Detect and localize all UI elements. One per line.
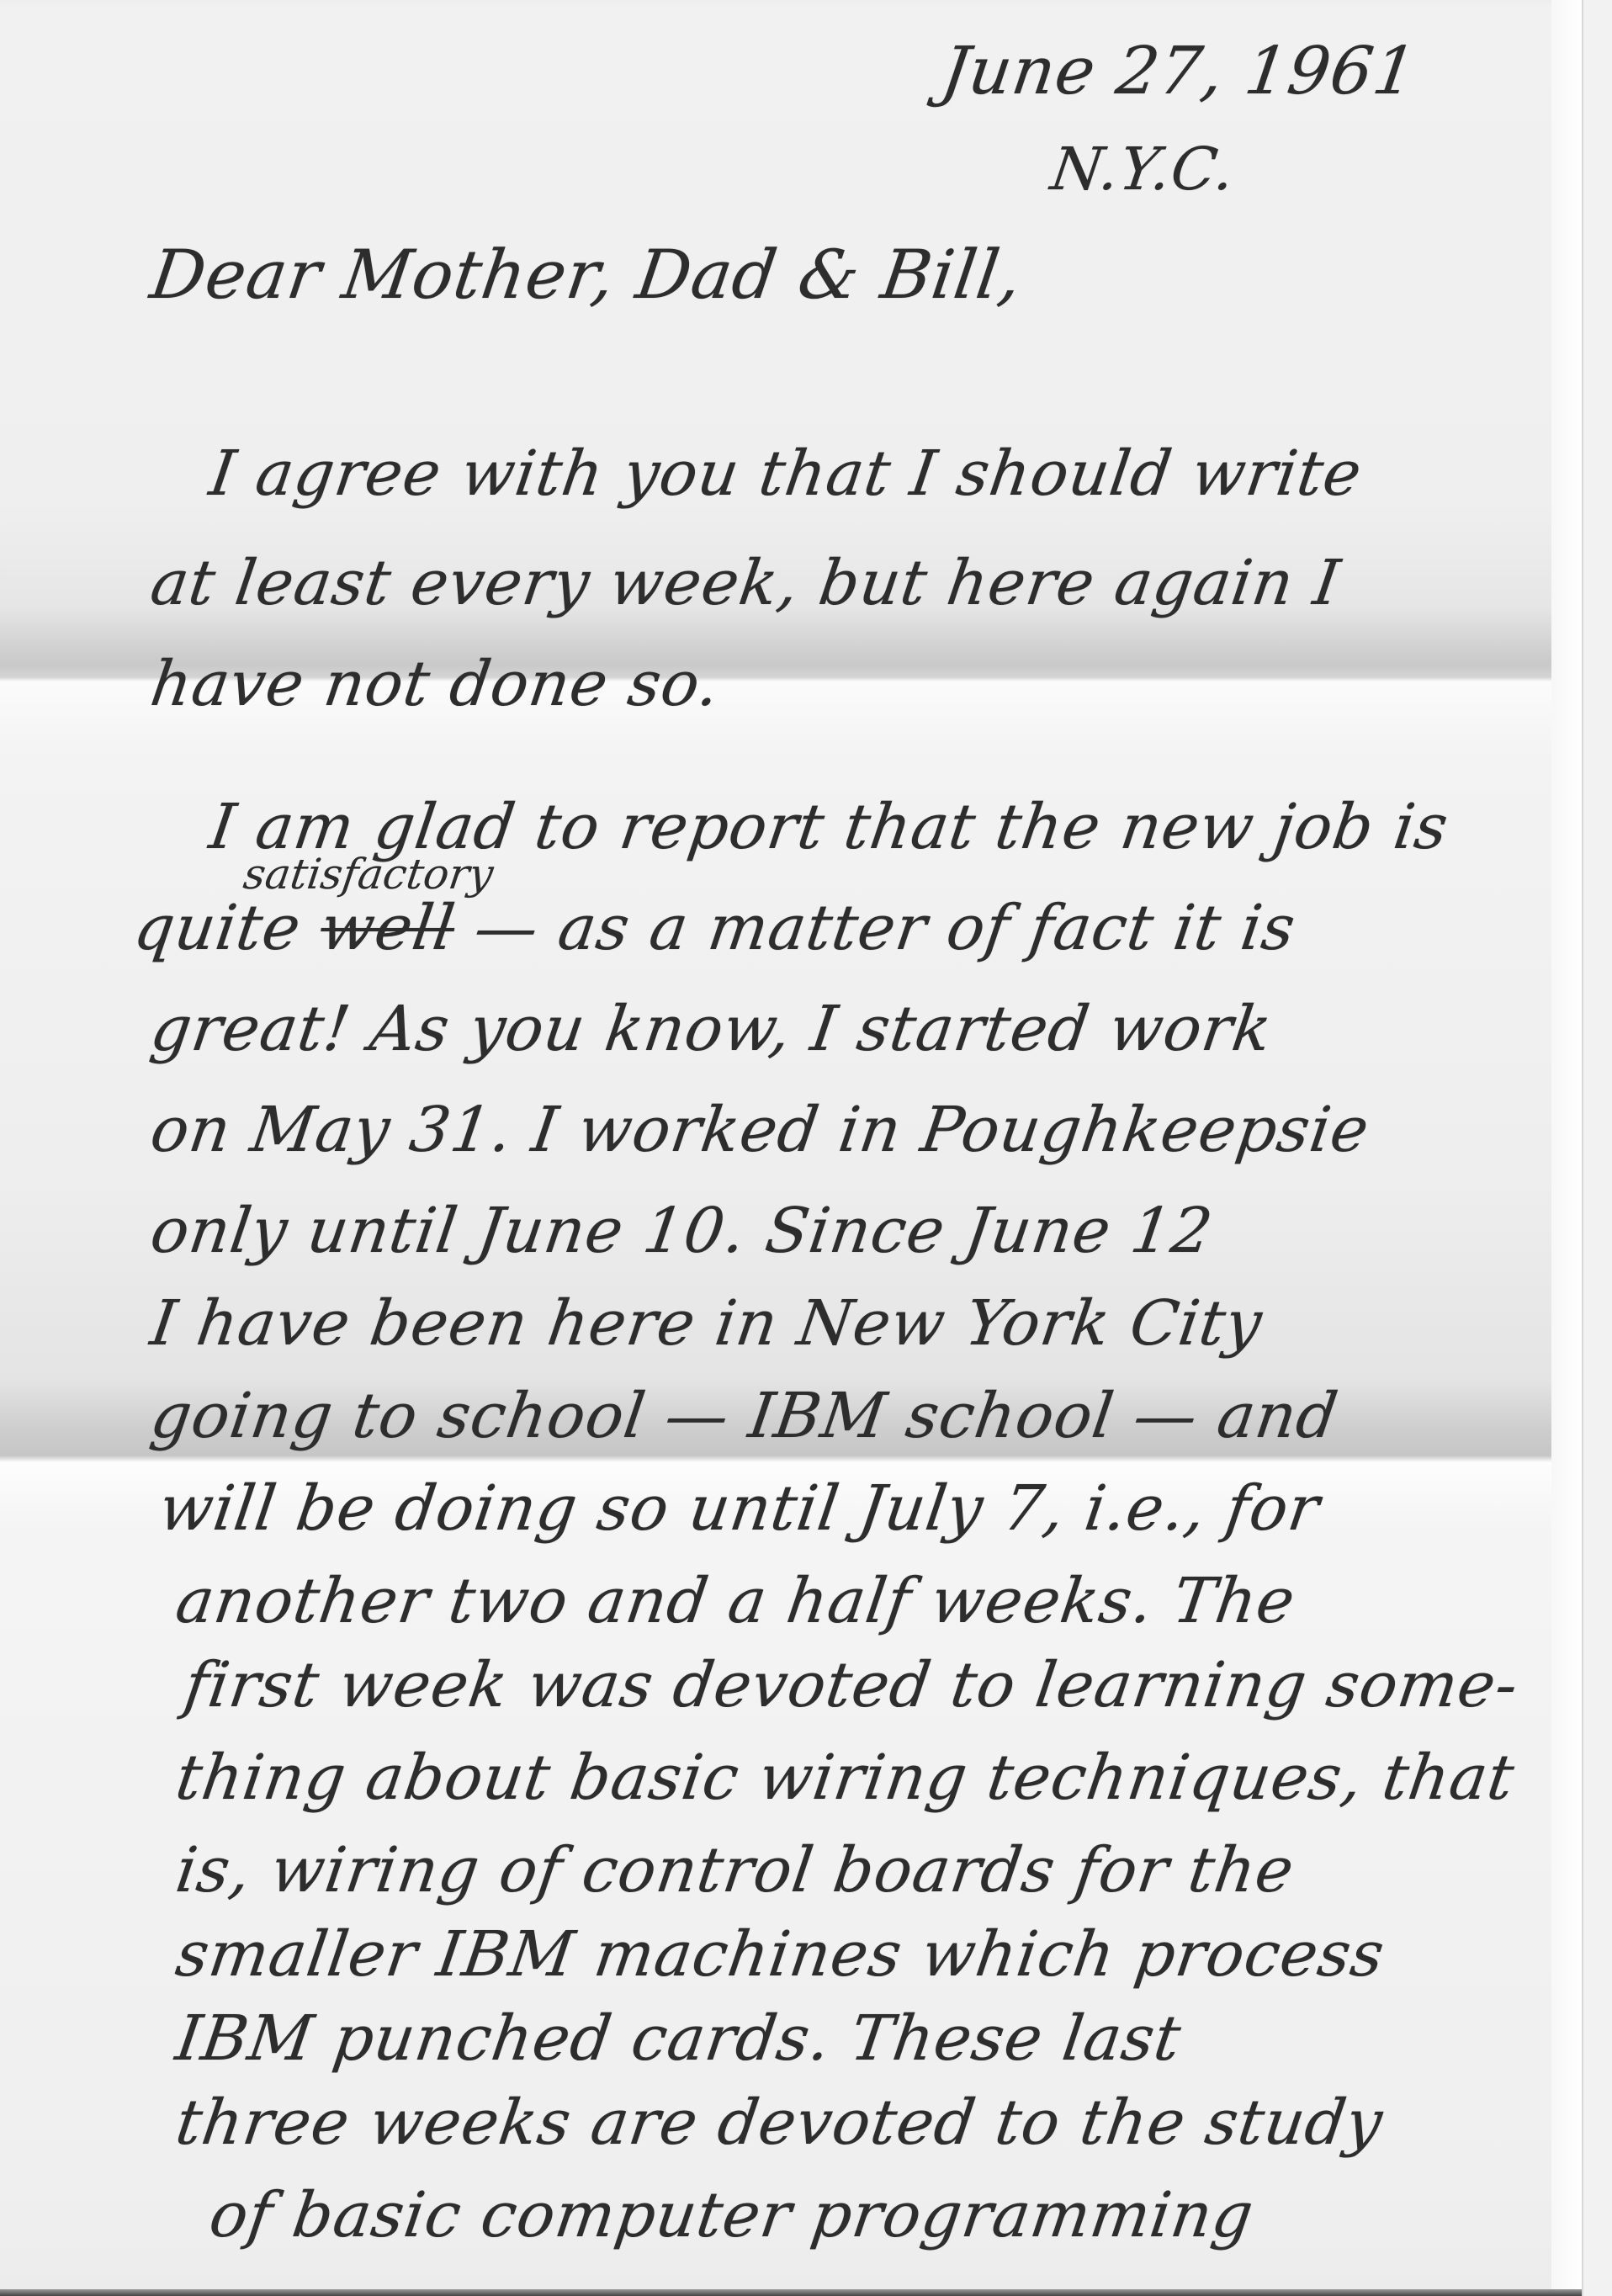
word-quite: quite [130,892,305,964]
paragraph-2-line-2: quite well — as a matter of fact it is [130,892,1300,964]
paper-edge [1551,0,1582,2296]
paragraph-2-line-3: great! As you know, I started work [146,993,1276,1065]
paragraph-2-line-16: of basic computer programming [205,2179,1258,2251]
paragraph-2-line-8: will be doing so until July 7, i.e., for [155,1472,1324,1545]
paragraph-2-line-9: another two and a half weeks. The [172,1565,1300,1637]
paragraph-1-line-3: have not done so. [146,648,724,720]
paragraph-2-line-14: IBM punched cards. These last [172,2002,1185,2075]
salutation: Dear Mother, Dad & Bill, [146,236,1026,314]
paragraph-2-line-6: I have been here in New York City [146,1287,1267,1360]
paragraph-2-line-7: going to school — IBM school — and [146,1380,1343,1452]
paragraph-2-line-11: thing about basic wiring techniques, tha… [172,1742,1519,1814]
letter-date: June 27, 1961 [937,34,1422,109]
paragraph-1-line-2: at least every week, but here again I [146,547,1344,619]
letter-page: June 27, 1961 N.Y.C. Dear Mother, Dad & … [0,0,1583,2296]
paragraph-2-line-10: first week was devoted to learning some- [180,1649,1523,1721]
scan-bottom-edge [0,2289,1582,2296]
paragraph-2-line-15: three weeks are devoted to the study [172,2087,1387,2159]
paragraph-2-line-13: smaller IBM machines which process [172,1918,1389,1991]
line-2-rest: — as a matter of fact it is [470,892,1301,964]
paragraph-2-line-12: is, wiring of control boards for the [172,1834,1299,1906]
struck-word: well [316,892,460,964]
letter-place: N.Y.C. [1047,135,1239,204]
paragraph-2-line-5: only until June 10. Since June 12 [146,1195,1217,1267]
paragraph-2-line-4: on May 31. I worked in Poughkeepsie [146,1094,1374,1166]
paragraph-1-line-1: I agree with you that I should write [205,437,1366,510]
